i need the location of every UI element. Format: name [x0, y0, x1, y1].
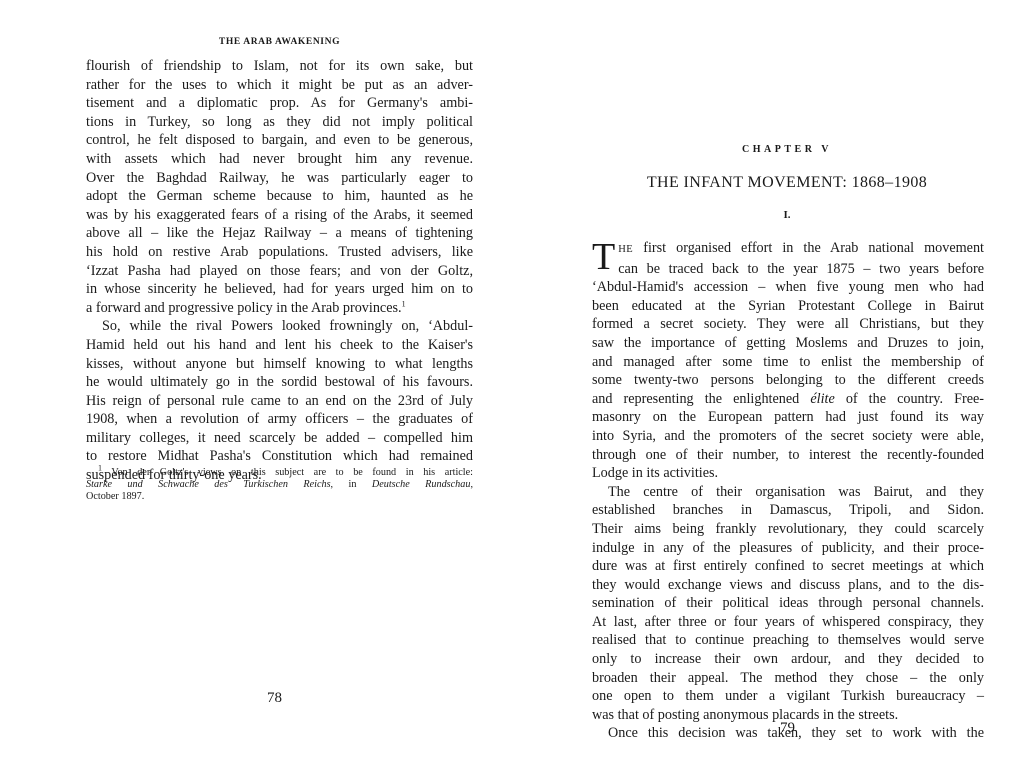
text-line: At last, after three or four years of wh…	[592, 613, 984, 632]
text-line: tions in Turkey, so long as they did not…	[86, 113, 473, 132]
footnote-reference[interactable]: 1	[402, 299, 406, 308]
italic-word: élite	[810, 391, 834, 407]
text-line: semination of their political ideas thro…	[592, 594, 984, 613]
text-line: he would ultimately go in the sordid bes…	[86, 373, 473, 392]
text-line: flourish of friendship to Islam, not for…	[86, 57, 473, 76]
journal-title: Deutsche Rundschau	[372, 479, 471, 490]
page-number-right: 79	[780, 720, 795, 737]
text-line: rather for the uses to which it might be…	[86, 76, 473, 95]
footnote-line: 1 Von der Goltz's views on this subject …	[86, 467, 473, 479]
text-line: his hold on restive Arab populations. Tr…	[86, 243, 473, 262]
text-line: and managed after some time to enlist th…	[592, 353, 984, 372]
text-line: 1908, when a revolution of army officers…	[86, 410, 473, 429]
text-line: ‘Izzat Pasha had played on those fears; …	[86, 262, 473, 281]
text-line: to restore Midhat Pasha's Constitution w…	[86, 447, 473, 466]
drop-cap: T	[592, 241, 615, 273]
footnote-line: Starke und Schwache des Turkischen Reich…	[86, 479, 473, 491]
article-title: Starke und Schwache des Turkischen Reich…	[86, 479, 331, 490]
text-line: into Syria, and the promoters of the sec…	[592, 427, 984, 446]
text-line: established branches in Damascus, Tripol…	[592, 501, 984, 520]
text-line: some twenty-two persons belonging to the…	[592, 371, 984, 390]
text-line: masonry on the European pattern had just…	[592, 408, 984, 427]
text-line: saw the importance of getting Moslems an…	[592, 334, 984, 353]
text-line: and representing the enlightened élite o…	[592, 390, 984, 409]
text-line: with assets which had never brought him …	[86, 150, 473, 169]
footnote: 1 Von der Goltz's views on this subject …	[86, 467, 473, 503]
page-number-left: 78	[267, 690, 282, 707]
text-line-content: first organised effort in the Arab natio…	[633, 240, 984, 256]
text-line-content: of the country. Free-	[835, 391, 984, 407]
text-line: Over the Baghdad Railway, he was particu…	[86, 169, 473, 188]
text-line: one open to them under a vigilant Turkis…	[592, 687, 984, 706]
text-line: kisses, without anyone but himself knowi…	[86, 355, 473, 374]
paragraph: So, while the rival Powers looked frowni…	[86, 317, 473, 484]
paragraph: T HE first organised effort in the Arab …	[592, 239, 984, 483]
text-line: Their aims being frankly revolutionary, …	[592, 520, 984, 539]
text-line: was by his exaggerated fears of a rising…	[86, 206, 473, 225]
text-line: HE first organised effort in the Arab na…	[592, 239, 984, 260]
running-head: THE ARAB AWAKENING	[86, 37, 473, 47]
chapter-title: THE INFANT MOVEMENT: 1868–1908	[592, 174, 982, 192]
text-line: adopt the German scheme because to him, …	[86, 187, 473, 206]
text-line: indulge in any of the pleasures of publi…	[592, 539, 984, 558]
footnote-text: ,	[470, 479, 473, 490]
text-line: been educated at the Syrian Protestant C…	[592, 297, 984, 316]
text-line-content: a forward and progressive policy in the …	[86, 300, 402, 316]
text-line: can be traced back to the year 1875 – tw…	[592, 260, 984, 279]
footnote-marker: 1	[98, 464, 102, 473]
text-line: tisement and a diplomatic prop. As for G…	[86, 94, 473, 113]
text-line: broaden their appeal. The method they ch…	[592, 669, 984, 688]
text-line: a forward and progressive policy in the …	[86, 299, 473, 318]
text-line: Hamid held out his hand and lent his che…	[86, 336, 473, 355]
paragraph: flourish of friendship to Islam, not for…	[86, 57, 473, 317]
section-number: I.	[592, 209, 982, 221]
text-line: control, he felt disposed to bargain, an…	[86, 131, 473, 150]
left-page-body: flourish of friendship to Islam, not for…	[86, 57, 473, 485]
chapter-label: CHAPTER V	[592, 144, 982, 155]
text-line: Lodge in its activities.	[592, 464, 984, 483]
text-line: The centre of their organisation was Bai…	[592, 483, 984, 502]
footnote-text: Von der Goltz's views on this subject ar…	[111, 467, 473, 478]
text-line: So, while the rival Powers looked frowni…	[86, 317, 473, 336]
text-line: ‘Abdul-Hamid's accession – when five you…	[592, 278, 984, 297]
right-page-body: T HE first organised effort in the Arab …	[592, 239, 984, 743]
small-caps-text: HE	[618, 244, 633, 255]
text-line: only to increase their own ardour, and t…	[592, 650, 984, 669]
text-line-content: and representing the enlightened	[592, 391, 799, 407]
text-line: through one of their number, to interest…	[592, 446, 984, 465]
text-line: in whose sincerity he believed, had for …	[86, 280, 473, 299]
text-line: dure was at first entirely confined to s…	[592, 557, 984, 576]
text-line: His reign of personal rule came to an en…	[86, 392, 473, 411]
text-line: they would exchange views and discuss pl…	[592, 576, 984, 595]
text-line: realised that to continue preaching to t…	[592, 631, 984, 650]
footnote-line: October 1897.	[86, 491, 473, 503]
footnote-text: , in	[331, 479, 372, 490]
paragraph: The centre of their organisation was Bai…	[592, 483, 984, 725]
text-line: formed a secret society. They were all C…	[592, 315, 984, 334]
text-line: above all – like the Hejaz Railway – a m…	[86, 224, 473, 243]
text-line: military colleges, it need scarcely be a…	[86, 429, 473, 448]
